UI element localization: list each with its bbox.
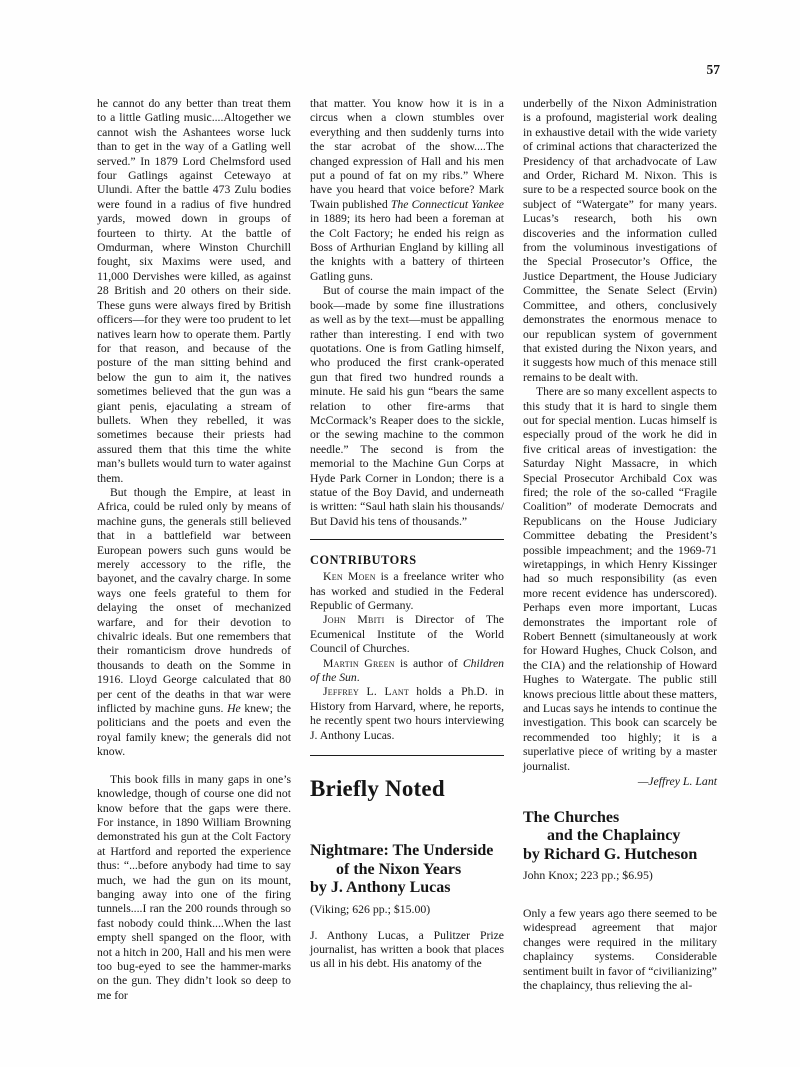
section-divider	[310, 755, 504, 756]
book-title-line: by J. Anthony Lucas	[310, 879, 504, 898]
contributor-name: Jeffrey L. Lant	[323, 685, 409, 698]
spacer	[310, 743, 504, 755]
review-signature: —Jeffrey L. Lant	[523, 774, 717, 788]
italic-text: The Connecticut Yankee	[391, 198, 504, 211]
contributor-name: Martin Green	[323, 657, 395, 670]
section-divider	[310, 539, 504, 540]
paragraph: he cannot do any better than treat them …	[97, 97, 291, 486]
contributor-name: Ken Moen	[323, 570, 376, 583]
text-column-2: that matter. You know how it is in a cir…	[310, 97, 504, 1003]
magazine-page: 57 he cannot do any better than treat th…	[0, 0, 800, 1067]
text-column-1: he cannot do any better than treat them …	[97, 97, 291, 1003]
text-run: But of course the main impact of the boo…	[310, 284, 504, 528]
publication-info-nightmare: (Viking; 626 pp.; $15.00)	[310, 902, 504, 917]
paragraph: Only a few years ago there seemed to be …	[523, 907, 717, 993]
text-run: he cannot do any better than treat them …	[97, 97, 291, 485]
text-run: There are so many excellent aspects to t…	[523, 385, 717, 773]
spacer	[523, 883, 717, 907]
spacer	[97, 760, 291, 773]
paragraph: This book fills in many gaps in one’s kn…	[97, 773, 291, 1004]
spacer	[310, 529, 504, 539]
book-title-nightmare: Nightmare: The Undersideof the Nixon Yea…	[310, 842, 504, 898]
book-title-line: by Richard G. Hutcheson	[523, 846, 717, 865]
paragraph: There are so many excellent aspects to t…	[523, 385, 717, 774]
contributor-entry: John Mbiti is Director of The Ecumenical…	[310, 613, 504, 656]
spacer	[310, 917, 504, 929]
column-layout: he cannot do any better than treat them …	[97, 97, 717, 1003]
contributor-name: John Mbiti	[323, 613, 385, 626]
book-title-line: Nightmare: The Underside	[310, 842, 504, 861]
book-title-line: and the Chaplaincy	[523, 827, 717, 846]
paragraph: But though the Empire, at least in Afric…	[97, 486, 291, 760]
paragraph: But of course the main impact of the boo…	[310, 284, 504, 529]
paragraph: that matter. You know how it is in a cir…	[310, 97, 504, 284]
paragraph: J. Anthony Lucas, a Pulitzer Prize journ…	[310, 929, 504, 972]
italic-text: He	[227, 702, 241, 715]
publication-info-churches: John Knox; 223 pp.; $6.95)	[523, 868, 717, 883]
text-run: But though the Empire, at least in Afric…	[97, 486, 291, 715]
book-title-line: The Churches	[523, 809, 717, 828]
spacer	[310, 802, 504, 842]
text-run: .	[357, 671, 360, 684]
text-run: that matter. You know how it is in a cir…	[310, 97, 504, 211]
contributors-heading: CONTRIBUTORS	[310, 553, 504, 568]
book-title-churches: The Churchesand the Chaplaincyby Richard…	[523, 809, 717, 865]
text-run: underbelly of the Nixon Administration i…	[523, 97, 717, 384]
contributor-entry: Jeffrey L. Lant holds a Ph.D. in History…	[310, 685, 504, 743]
page-number: 57	[707, 62, 721, 78]
text-run: This book fills in many gaps in one’s kn…	[97, 773, 291, 1002]
contributor-entry: Martin Green is author of Children of th…	[310, 657, 504, 686]
text-run: in 1889; its hero had been a foreman at …	[310, 212, 504, 283]
text-run: is author of	[395, 657, 463, 670]
spacer	[523, 789, 717, 809]
text-run: J. Anthony Lucas, a Pulitzer Prize journ…	[310, 929, 504, 971]
text-column-3: underbelly of the Nixon Administration i…	[523, 97, 717, 1003]
paragraph: underbelly of the Nixon Administration i…	[523, 97, 717, 385]
text-run: Only a few years ago there seemed to be …	[523, 907, 717, 992]
contributor-entry: Ken Moen is a freelance writer who has w…	[310, 570, 504, 613]
book-title-line: of the Nixon Years	[310, 861, 504, 880]
briefly-noted-heading: Briefly Noted	[310, 776, 504, 802]
